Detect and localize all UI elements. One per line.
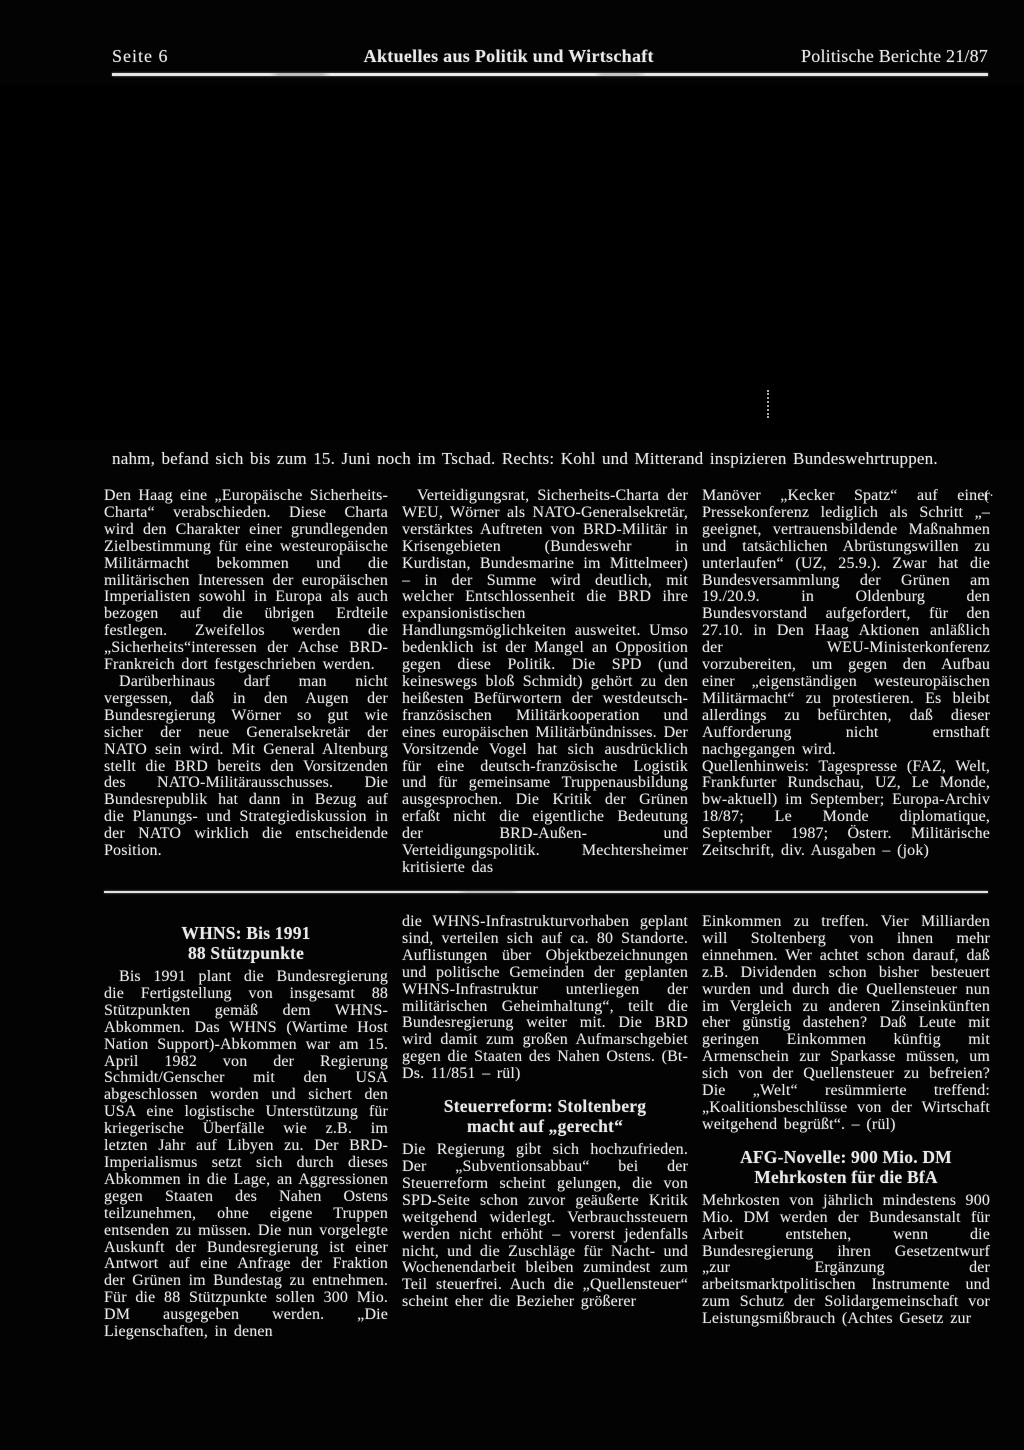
- heading-line: Mehrkosten für die BfA: [754, 1167, 937, 1187]
- photo-area: [0, 84, 1024, 440]
- header-rule: [112, 73, 988, 76]
- paragraph: Verteidigungsrat, Sicherheits-Charta der…: [402, 488, 688, 877]
- paragraph: Mehrkosten von jährlich mindestens 900 M…: [702, 1193, 990, 1328]
- heading-line: WHNS: Bis 1991: [181, 923, 310, 943]
- page-header: Seite 6 Aktuelles aus Politik und Wirtsc…: [112, 46, 988, 67]
- column-3: Einkommen zu treffen. Vier Milliarden wi…: [702, 914, 990, 1374]
- paragraph: Die Regierung gibt sich hochzufrieden. D…: [402, 1142, 688, 1311]
- top-article-columns: Den Haag eine „Europäische Sicherheits-C…: [104, 488, 990, 888]
- paragraph: Manöver „Kecker Spatz“ auf einer Pressek…: [702, 488, 990, 759]
- source-note-paragraph: Quellenhinweis: Tagespresse (FAZ, Welt, …: [702, 759, 990, 860]
- heading-line: 88 Stützpunkte: [188, 943, 304, 963]
- paragraph: Bis 1991 plant die Bundesregierung die F…: [104, 969, 388, 1341]
- issue-label: Politische Berichte 21/87: [801, 46, 988, 67]
- paragraph: die WHNS-Infrastrukturvorhaben geplant s…: [402, 914, 688, 1083]
- column-2: die WHNS-Infrastrukturvorhaben geplant s…: [402, 914, 688, 1374]
- column-3: Manöver „Kecker Spatz“ auf einer Pressek…: [702, 488, 990, 888]
- article-heading-afg-novelle: AFG-Novelle: 900 Mio. DMMehrkosten für d…: [702, 1147, 990, 1187]
- heading-line: Steuerreform: Stoltenberg: [444, 1096, 646, 1116]
- scan-artifact-margin-mark: (·: [984, 489, 994, 503]
- paragraph: Den Haag eine „Europäische Sicherheits-C…: [104, 488, 388, 674]
- heading-line: macht auf „gerecht“: [467, 1116, 623, 1136]
- scan-artifact-dotted-line: [767, 390, 769, 418]
- section-divider-rule: [104, 891, 988, 893]
- article-heading-whns: WHNS: Bis 199188 Stützpunkte: [104, 923, 388, 963]
- section-title: Aktuelles aus Politik und Wirtschaft: [364, 46, 654, 67]
- newspaper-page: Seite 6 Aktuelles aus Politik und Wirtsc…: [0, 0, 1024, 1450]
- article-heading-steuerreform: Steuerreform: Stoltenbergmacht auf „gere…: [402, 1096, 688, 1136]
- photo-caption: nahm, befand sich bis zum 15. Juni noch …: [112, 449, 990, 469]
- column-1: WHNS: Bis 199188 Stützpunkte Bis 1991 pl…: [104, 914, 388, 1374]
- page-number-label: Seite 6: [112, 46, 169, 67]
- column-2: Verteidigungsrat, Sicherheits-Charta der…: [402, 488, 688, 888]
- paragraph: Darüberhinaus darf man nicht vergessen, …: [104, 674, 388, 860]
- bottom-article-columns: WHNS: Bis 199188 Stützpunkte Bis 1991 pl…: [104, 914, 990, 1374]
- heading-line: AFG-Novelle: 900 Mio. DM: [740, 1147, 952, 1167]
- column-1: Den Haag eine „Europäische Sicherheits-C…: [104, 488, 388, 888]
- paragraph: Einkommen zu treffen. Vier Milliarden wi…: [702, 914, 990, 1134]
